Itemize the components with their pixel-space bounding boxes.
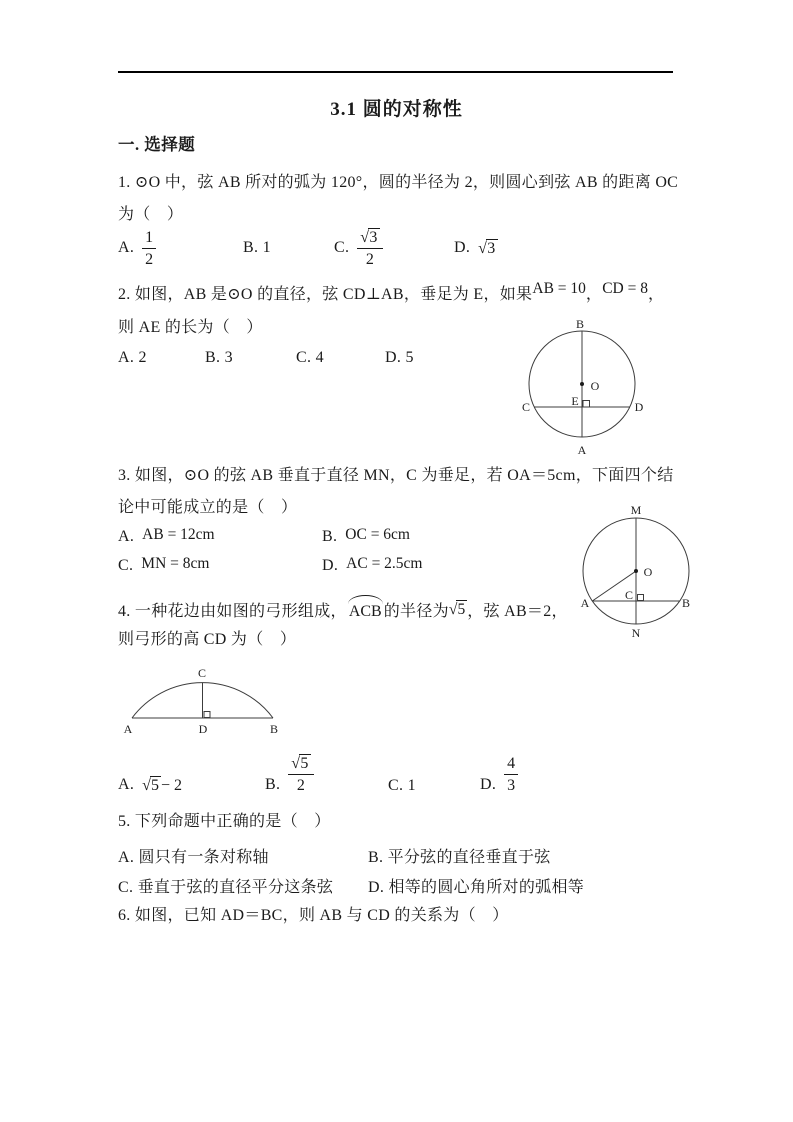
fraction-denominator: 2 [357,248,382,269]
q4-choice-c-text: C. 1 [388,777,416,795]
fraction-denominator: 3 [504,774,518,795]
fraction: 4 3 [504,754,518,795]
q4-choice-b: B. √5 2 [265,752,314,795]
point-label-c: C [198,666,206,680]
q5-choice-d: D. 相等的圆心角所对的弧相等 [368,874,584,897]
sqrt-expression: √3 [478,239,497,258]
q2-circle-diagram: B A C D E O [512,312,657,462]
fraction-denominator: 2 [142,248,156,269]
radicand: 5 [456,600,467,618]
q2-choice-c-text: C. 4 [296,349,324,367]
q5-choice-c-text: C. 垂直于弦的直径平分这条弦 [118,874,333,897]
sqrt-expression: √5 [291,754,310,773]
point-label-a: A [124,722,133,736]
point-label-m: M [631,503,642,517]
q5-choice-c: C. 垂直于弦的直径平分这条弦 [118,874,333,897]
q4-choice-a: A. √5− 2 [118,752,182,795]
q2-choice-c: C. 4 [296,349,324,367]
point-label-b: B [270,722,278,736]
arc-acb-symbol: ACB [347,601,384,623]
q2-line1: 2. 如图，AB 是⊙O 的直径，弦 CD⊥AB，垂足为 E，如果AB = 10… [118,284,664,306]
q5-line1: 5. 下列命题中正确的是（ ） [118,811,331,833]
q3-choice-c-label: C. [118,556,133,576]
q2-equation-1: AB = 10 [532,280,586,297]
q4-bow-diagram: C A D B [112,662,297,742]
q2-line2: 则 AE 的长为（ ） [118,317,263,339]
radicand: 3 [486,239,497,257]
q1-line1: 1. ⊙O 中，弦 AB 所对的弧为 120°，圆的半径为 2，则圆心到弦 AB… [118,172,678,194]
page-title: 3.1 圆的对称性 [0,94,793,121]
q3-choice-b-label: B. [322,527,337,547]
q2-choice-a-text: A. 2 [118,349,147,367]
fraction-denominator: 2 [288,774,313,795]
radicand: 5 [299,754,310,772]
sqrt-expression: √5 [449,601,467,618]
q1-choice-a-label: A. [118,238,134,258]
q5-choice-a: A. 圆只有一条对称轴 [118,844,269,867]
q4-line1-mid: 的半径为 [384,603,449,620]
q1-choice-a: A. 1 2 [118,226,156,270]
q1-choice-c-label: C. [334,238,349,258]
q5-choice-a-text: A. 圆只有一条对称轴 [118,844,269,867]
q4-choice-c: C. 1 [388,752,416,795]
point-label-a: A [581,596,590,610]
q3-choice-d-math: AC = 2.5cm [346,555,422,573]
sqrt-expression: √3 [360,228,379,247]
q2-separator-2: ， [648,286,664,303]
q2-separator-1: ， [586,286,602,303]
q1-choice-b: B. 1 [243,226,271,270]
q4-choice-a-rest: − 2 [161,777,182,794]
q3-choice-d: D. AC = 2.5cm [322,556,423,576]
right-angle-mark [204,712,210,718]
point-label-c: C [625,588,633,602]
q1-choice-d-label: D. [454,238,470,258]
q4-choice-b-label: B. [265,775,280,795]
center-dot [634,569,638,573]
q3-choice-d-label: D. [322,556,338,576]
q2-line1-text: 2. 如图，AB 是⊙O 的直径，弦 CD⊥AB，垂足为 E，如果 [118,286,532,303]
fraction: 1 2 [142,228,156,269]
q5-choice-b: B. 平分弦的直径垂直于弦 [368,844,551,867]
right-angle-mark [638,595,644,601]
q3-line2: 论中可能成立的是（ ） [118,497,297,519]
q2-choice-b: B. 3 [205,349,233,367]
q4-choice-d: D. 4 3 [480,752,518,795]
q2-equation-2: CD = 8 [602,280,648,297]
q5-choice-d-text: D. 相等的圆心角所对的弧相等 [368,874,584,897]
q3-choice-a-math: AB = 12cm [142,526,214,544]
q2-choice-d-text: D. 5 [385,349,414,367]
q2-choice-d: D. 5 [385,349,414,367]
q4-line1: 4. 一种花边由如图的弓形组成，ACB的半径为√5，弦 AB＝2， [118,597,568,623]
q1-choice-c: C. √3 2 [334,226,383,270]
q4-line1-text: 4. 一种花边由如图的弓形组成， [118,603,347,620]
fraction-numerator: 1 [142,228,156,248]
q3-line1: 3. 如图，⊙O 的弦 AB 垂直于直径 MN，C 为垂足，若 OA＝5cm，下… [118,465,674,487]
q2-choice-b-text: B. 3 [205,349,233,367]
sqrt-expression: √5− 2 [142,776,182,795]
q2-choice-a: A. 2 [118,349,147,367]
point-label-b: B [576,317,584,331]
fraction-numerator: √5 [288,754,313,774]
q4-choice-d-label: D. [480,775,496,795]
q3-choice-b-math: OC = 6cm [345,526,410,544]
section-heading: 一. 选择题 [118,131,195,155]
q4-choice-a-label: A. [118,775,134,795]
fraction: √5 2 [288,754,313,795]
q6-line1: 6. 如图，已知 AD＝BC，则 AB 与 CD 的关系为（ ） [118,905,509,927]
q1-line2: 为（ ） [118,204,183,226]
q3-choice-c: C. MN = 8cm [118,556,209,576]
q3-choice-a-label: A. [118,527,134,547]
center-label-o: O [644,565,653,579]
center-label-o: O [591,379,600,393]
fraction-numerator: √3 [357,228,382,248]
point-label-d: D [199,722,208,736]
point-label-n: N [632,626,641,640]
q4-line1-post: ，弦 AB＝2， [467,603,568,620]
point-label-d: D [635,400,644,414]
radicand: 5 [150,776,161,794]
center-dot [580,382,584,386]
header-rule [118,71,673,73]
point-label-c: C [522,400,530,414]
q3-circle-diagram: M N A B C O [575,500,705,642]
point-label-b: B [682,596,690,610]
worksheet-page: 3.1 圆的对称性 一. 选择题 1. ⊙O 中，弦 AB 所对的弧为 120°… [0,0,793,1122]
fraction: √3 2 [357,228,382,269]
q5-choice-b-text: B. 平分弦的直径垂直于弦 [368,844,551,867]
radicand: 3 [368,228,379,246]
q3-choice-a: A. AB = 12cm [118,527,215,547]
q1-choice-b-text: B. 1 [243,239,271,257]
point-label-e: E [571,394,578,408]
q3-choice-c-math: MN = 8cm [141,555,209,573]
q4-line2: 则弓形的高 CD 为（ ） [118,629,296,651]
point-label-a: A [578,443,587,457]
right-angle-mark [583,401,590,408]
fraction-numerator: 4 [504,754,518,774]
q3-choice-b: B. OC = 6cm [322,527,410,547]
q1-choice-d: D. √3 [454,226,498,270]
